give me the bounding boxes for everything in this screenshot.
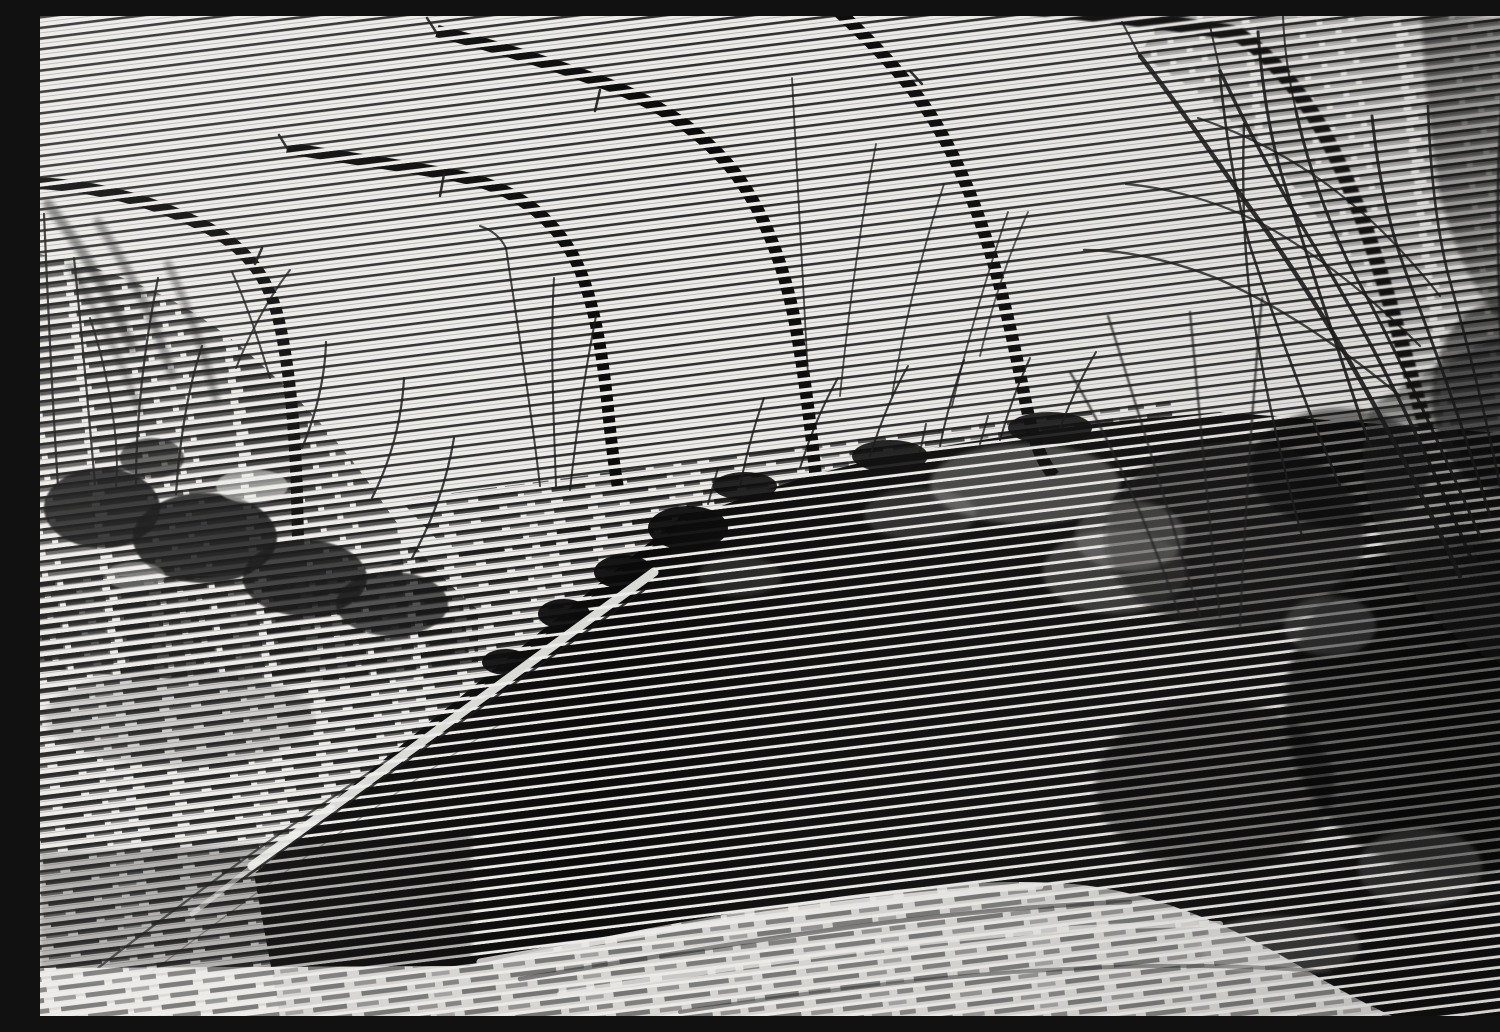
winter-print-scene — [40, 16, 1500, 1016]
tone-overlay — [40, 16, 1500, 1016]
tonal-gradient-overlay — [40, 16, 1500, 1016]
halftone-print-photo: Macro photograph of a halftone print: wi… — [40, 16, 1500, 1016]
